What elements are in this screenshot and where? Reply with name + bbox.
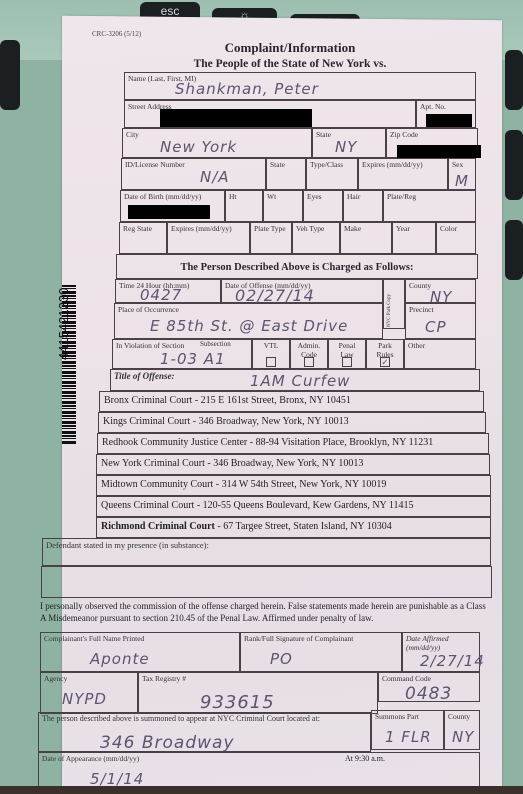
id-label: ID/License Number bbox=[125, 160, 185, 169]
plate-label: Plate/Reg bbox=[387, 192, 416, 201]
vtl-label: VTL bbox=[264, 341, 279, 350]
make-label: Make bbox=[344, 224, 361, 233]
other-field: Other bbox=[404, 339, 476, 369]
dob-label: Date of Birth (mm/dd/yy) bbox=[124, 192, 201, 201]
nyc-park-copy: NYC Park Copy bbox=[383, 279, 405, 329]
other-label: Other bbox=[408, 341, 425, 350]
vtl-checkbox[interactable] bbox=[266, 357, 276, 367]
violation-label: In Violation of Section bbox=[116, 341, 184, 350]
reg-expires-field: Expires (mm/dd/yy) bbox=[167, 222, 250, 254]
plate-type-field: Plate Type bbox=[250, 222, 292, 254]
veh-type-field: Veh Type bbox=[292, 222, 340, 254]
apt-label: Apt. No. bbox=[420, 102, 446, 111]
city-value: New York bbox=[160, 138, 237, 156]
admin-code-checkbox[interactable] bbox=[304, 357, 314, 367]
reg-state-label: Reg State bbox=[123, 224, 152, 233]
keyboard-key bbox=[0, 40, 20, 110]
park-rules-checkbox[interactable]: ✓ bbox=[380, 357, 390, 367]
defendant-statement-label: Defendant stated in my presence (in subs… bbox=[46, 540, 209, 550]
redaction bbox=[128, 205, 210, 219]
court-option-richmond: Richmond Criminal Court - 67 Targee Stre… bbox=[96, 517, 491, 538]
appearance-time: At 9:30 a.m. bbox=[345, 754, 385, 763]
rank-signature-label: Rank/Full Signature of Complainant bbox=[244, 634, 353, 643]
summons-county-label: County bbox=[448, 712, 470, 721]
court-name: Midtown Community Court bbox=[101, 479, 213, 490]
keyboard-key bbox=[505, 220, 523, 280]
id-value: N/A bbox=[200, 168, 230, 186]
penal-law-checkbox[interactable] bbox=[342, 357, 352, 367]
date-affirmed-value: 2/27/14 bbox=[420, 652, 485, 670]
expires-label: Expires (mm/dd/yy) bbox=[362, 160, 423, 169]
court-name: Bronx Criminal Court bbox=[104, 395, 192, 406]
offense-label: Title of Offense: bbox=[114, 371, 174, 381]
id-state-label: State bbox=[270, 160, 285, 169]
summons-location-label: The person described above is summoned t… bbox=[42, 714, 320, 723]
affirmation-text: I personally observed the commission of … bbox=[40, 600, 492, 624]
color-label: Color bbox=[440, 224, 457, 233]
command-code-label: Command Code bbox=[382, 674, 431, 683]
redaction bbox=[426, 114, 472, 127]
barcode-number: 4415421230 bbox=[56, 288, 71, 360]
reg-state-field: Reg State bbox=[119, 222, 167, 254]
court-name: Queens Criminal Court bbox=[101, 500, 194, 511]
redaction bbox=[397, 145, 481, 158]
place-value: E 85th St. @ East Drive bbox=[150, 317, 348, 335]
complainant-name-value: Aponte bbox=[90, 650, 150, 668]
name-value: Shankman, Peter bbox=[175, 80, 319, 98]
id-state-field: State bbox=[266, 158, 306, 190]
keyboard-key bbox=[505, 50, 523, 110]
precinct-value: CP bbox=[425, 318, 447, 336]
type-field: Type/Class bbox=[306, 158, 358, 190]
ht-field: Ht bbox=[225, 190, 263, 222]
court-option-midtown: Midtown Community Court - 314 W 54th Str… bbox=[96, 475, 491, 496]
state-label: State bbox=[316, 130, 331, 139]
redaction bbox=[160, 109, 312, 127]
ht-label: Ht bbox=[229, 192, 237, 201]
hair-label: Hair bbox=[347, 192, 360, 201]
court-option-queens: Queens Criminal Court - 120-55 Queens Bo… bbox=[96, 496, 491, 517]
form-subtitle: The People of the State of New York vs. bbox=[140, 58, 440, 70]
city-label: City bbox=[126, 130, 139, 139]
tax-registry-value: 933615 bbox=[200, 692, 275, 713]
state-value: NY bbox=[335, 138, 357, 156]
court-option-bronx: Bronx Criminal Court - 215 E 161st Stree… bbox=[99, 391, 484, 412]
eyes-label: Eyes bbox=[307, 192, 322, 201]
year-label: Year bbox=[396, 224, 410, 233]
court-address: - 314 W 54th Street, New York, NY 10019 bbox=[213, 479, 386, 490]
plate-field: Plate/Reg bbox=[383, 190, 476, 222]
time-value: 0427 bbox=[140, 286, 182, 304]
id-field: ID/License Number bbox=[121, 158, 266, 190]
agency-value: NYPD bbox=[62, 690, 107, 708]
make-field: Make bbox=[340, 222, 392, 254]
place-label: Place of Occurrence bbox=[118, 305, 179, 314]
year-field: Year bbox=[392, 222, 436, 254]
sex-label: Sex bbox=[452, 160, 463, 169]
summons-part-label: Summons Part bbox=[375, 712, 419, 721]
defendant-statement-blank bbox=[41, 566, 492, 598]
background-edge bbox=[0, 786, 523, 794]
court-address: - 346 Broadway, New York, NY 10013 bbox=[205, 458, 363, 469]
court-address: - 215 E 161st Street, Bronx, NY 10451 bbox=[192, 395, 351, 406]
complainant-name-label: Complainant's Full Name Printed bbox=[44, 634, 144, 643]
tax-registry-label: Tax Registry # bbox=[142, 674, 186, 683]
subsection-label: Subsection bbox=[200, 340, 231, 348]
hair-field: Hair bbox=[343, 190, 383, 222]
zip-label: Zip Code bbox=[390, 130, 418, 139]
charge-heading: The Person Described Above is Charged as… bbox=[116, 262, 478, 273]
keyboard-key bbox=[505, 130, 523, 200]
court-address: - 346 Broadway, New York, NY 10013 bbox=[190, 416, 348, 427]
color-field: Color bbox=[436, 222, 476, 254]
form-title: Complaint/Information bbox=[170, 40, 410, 56]
sex-value: M bbox=[455, 172, 469, 190]
wt-label: Wt bbox=[267, 192, 276, 201]
veh-type-label: Veh Type bbox=[296, 224, 324, 233]
reg-expires-label: Expires (mm/dd/yy) bbox=[171, 224, 232, 233]
rank-signature-field: Rank/Full Signature of Complainant bbox=[240, 632, 402, 672]
violation-value: 1-03 A1 bbox=[160, 350, 226, 368]
date-affirmed-label: Date Affirmed (mm/dd/yy) bbox=[406, 634, 449, 652]
county-label: County bbox=[409, 281, 431, 290]
summons-location-value: 346 Broadway bbox=[100, 733, 235, 753]
court-option-kings: Kings Criminal Court - 346 Broadway, New… bbox=[98, 412, 486, 433]
court-name: Richmond Criminal Court bbox=[101, 521, 215, 532]
wt-field: Wt bbox=[263, 190, 303, 222]
command-code-value: 0483 bbox=[405, 684, 452, 704]
appearance-date-label: Date of Appearance (mm/dd/yy) bbox=[42, 754, 139, 763]
type-label: Type/Class bbox=[310, 160, 343, 169]
court-name: New York Criminal Court bbox=[101, 458, 205, 469]
form-code: CRC-3206 (5/12) bbox=[92, 30, 141, 38]
court-option-redhook: Redhook Community Justice Center - 88-94… bbox=[97, 433, 489, 454]
court-name: Kings Criminal Court bbox=[103, 416, 190, 427]
plate-type-label: Plate Type bbox=[254, 224, 286, 233]
summons-part-value: 1 FLR bbox=[385, 728, 432, 746]
eyes-field: Eyes bbox=[303, 190, 343, 222]
summons-county-value: NY bbox=[452, 728, 474, 746]
rank-value: PO bbox=[270, 650, 293, 668]
precinct-label: Precinct bbox=[409, 305, 434, 314]
expires-field: Expires (mm/dd/yy) bbox=[358, 158, 448, 190]
court-address: - 120-55 Queens Boulevard, Kew Gardens, … bbox=[194, 500, 413, 511]
court-name: Redhook Community Justice Center bbox=[102, 437, 247, 448]
offense-value: 1AM Curfew bbox=[250, 372, 350, 390]
court-option-new-york: New York Criminal Court - 346 Broadway, … bbox=[96, 454, 490, 475]
court-address: - 88-94 Visitation Place, Brooklyn, NY 1… bbox=[247, 437, 433, 448]
agency-label: Agency bbox=[44, 674, 67, 683]
court-address: - 67 Targee Street, Staten Island, NY 10… bbox=[215, 521, 392, 532]
defendant-statement-field: Defendant stated in my presence (in subs… bbox=[42, 538, 491, 566]
